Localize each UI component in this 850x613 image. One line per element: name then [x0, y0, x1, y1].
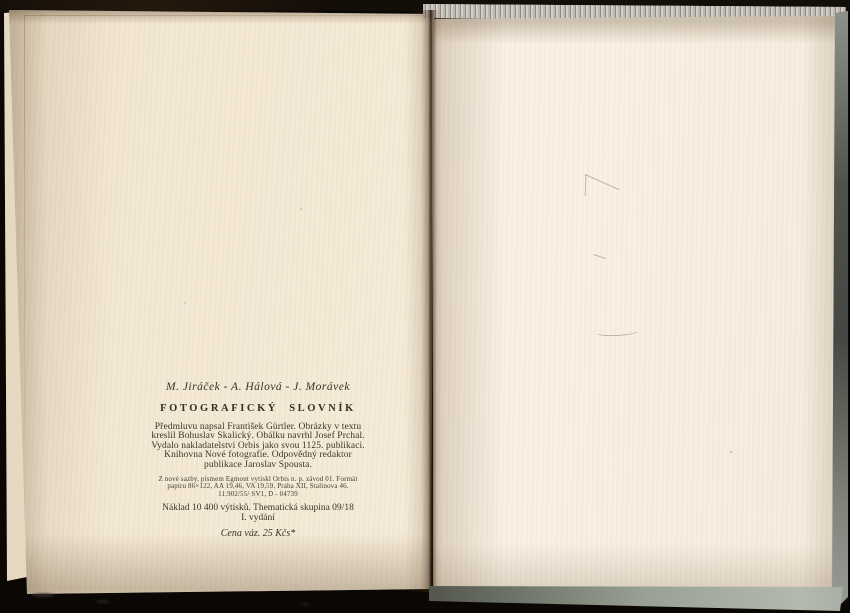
shadow-smudge — [96, 600, 110, 603]
imprint-line: Knihovna Nové fotografie. Odpovědný reda… — [118, 451, 398, 460]
left-page — [0, 0, 850, 613]
book-title: FOTOGRAFICKÝ SLOVNÍK — [118, 402, 398, 415]
cover-cloth-bottom-edge — [0, 0, 850, 613]
left-page-top-crease — [24, 15, 426, 16]
right-page — [0, 0, 850, 613]
edition-line: Náklad 10 400 výtisků. Thematická skupin… — [118, 503, 398, 514]
paper-speck — [184, 302, 186, 304]
imprint-text-block: M. Jiráček - A. Hálová - J. Morávek FOTO… — [118, 380, 398, 540]
pencil-mark-dash — [593, 254, 606, 259]
imprint-paragraph: Předmluvu napsal František Gürtler. Obrá… — [118, 423, 398, 470]
print-info-line: papíru 86×122, AA 19,46, VA 19,59, Praha… — [118, 483, 398, 490]
edition-info: Náklad 10 400 výtisků. Thematická skupin… — [118, 503, 398, 524]
pencil-mark-squiggle — [596, 327, 638, 337]
print-info-paragraph: Z nové sazby, písmem Egmont vytiskl Orbi… — [118, 476, 398, 498]
left-page-side-crease — [24, 15, 25, 520]
cover-cloth-right-edge — [0, 0, 850, 613]
underlying-page-edge — [0, 0, 850, 613]
shadow-smudge — [32, 593, 54, 597]
page-block-top-edges — [0, 0, 850, 613]
gutter-shadow — [405, 10, 447, 592]
print-info-line: 11.902/55/ SV1, D - 04739 — [118, 491, 398, 498]
print-info-line: Z nové sazby, písmem Egmont vytiskl Orbi… — [118, 476, 398, 483]
pencil-mark-vertical — [585, 175, 587, 196]
right-page-shading — [0, 0, 850, 613]
authors-line: M. Jiráček - A. Hálová - J. Morávek — [118, 380, 398, 394]
imprint-line: publikace Jaroslav Spousta. — [118, 461, 398, 470]
imprint-line: Předmluvu napsal František Gürtler. Obrá… — [118, 423, 398, 432]
paper-speck — [730, 451, 732, 453]
pencil-mark-diagonal — [585, 174, 620, 190]
edition-line: I. vydání — [118, 513, 398, 524]
imprint-line: Vydalo nakladatelství Orbis jako svou 11… — [118, 442, 398, 451]
paper-speck — [300, 208, 302, 210]
book-photograph: M. Jiráček - A. Hálová - J. Morávek FOTO… — [0, 0, 850, 613]
left-page-shading — [0, 0, 850, 613]
imprint-line: kreslil Bohuslav Skalický. Obálku navrhl… — [118, 432, 398, 441]
photo-frame-vignette — [0, 0, 850, 613]
price-line: Cena váz. 25 Kčs* — [118, 528, 398, 540]
shadow-smudge — [300, 603, 310, 606]
